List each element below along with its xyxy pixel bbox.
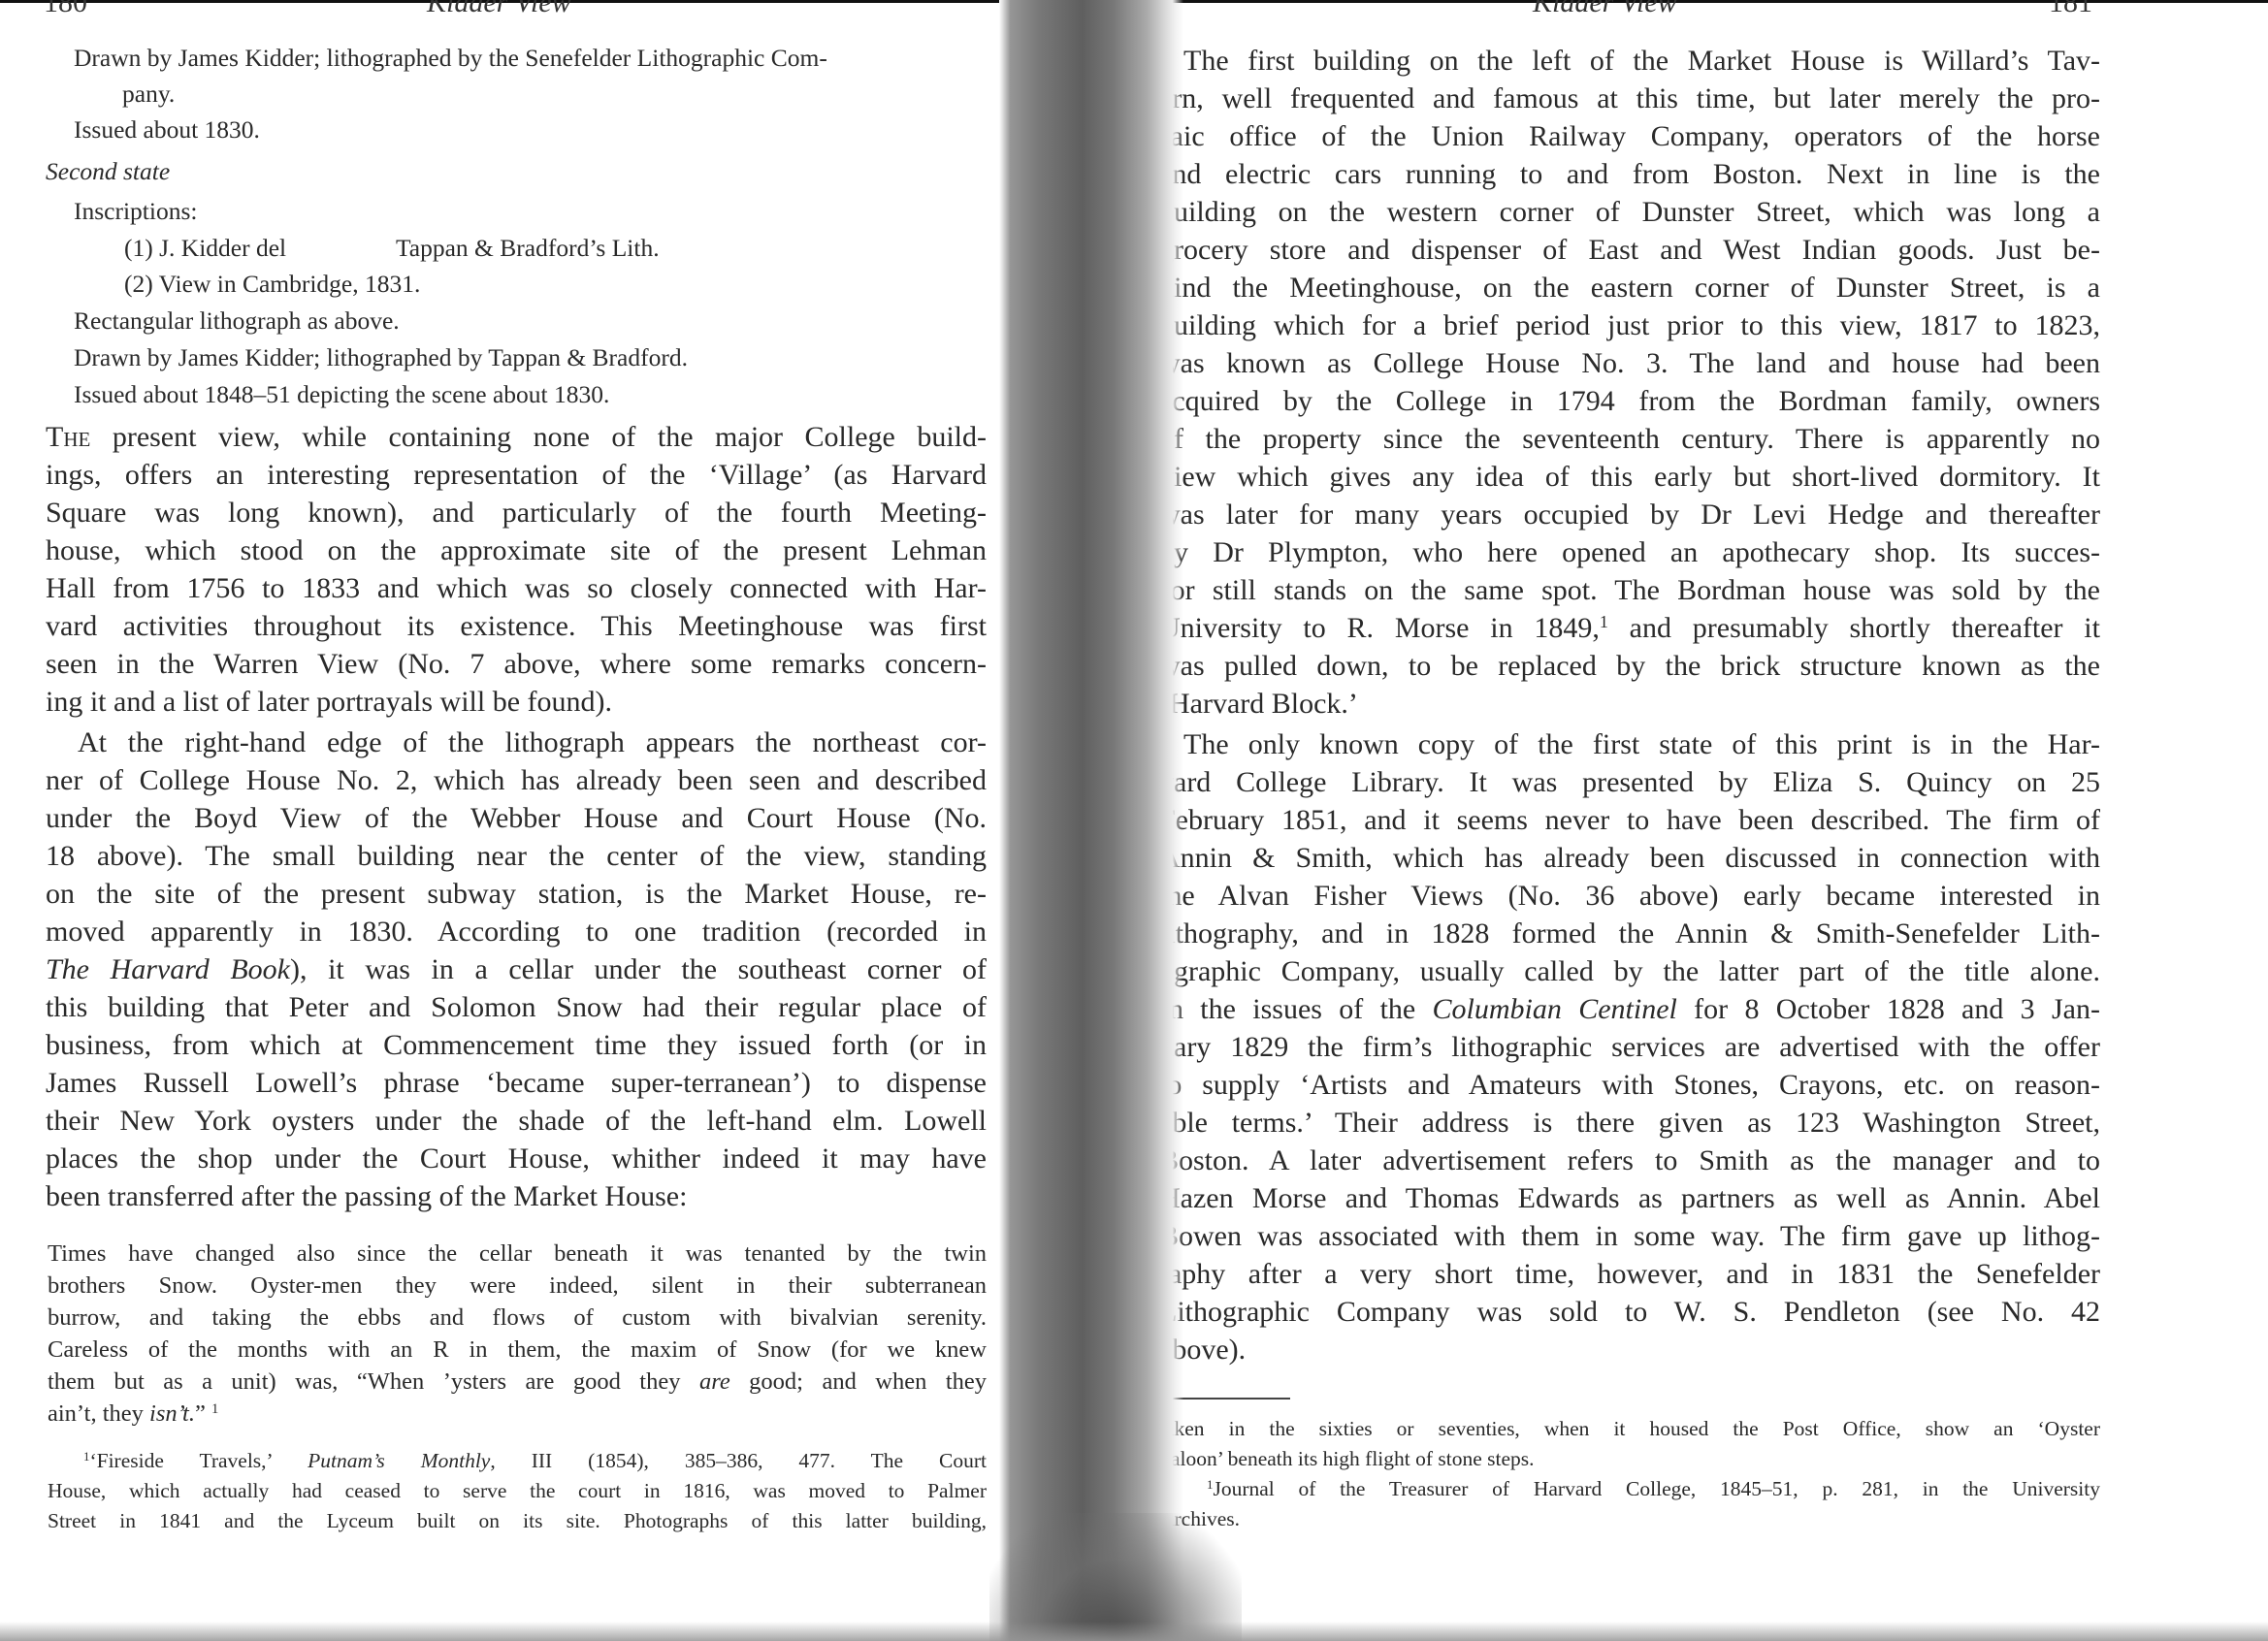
- body-line: ner of College House No. 2, which has al…: [46, 766, 987, 795]
- body-line: Annin & Smith, which has already been di…: [1159, 844, 2100, 873]
- quote-line: Times have changed also since the cellar…: [48, 1242, 987, 1267]
- journal-title: Putnam’s Monthly: [308, 1449, 490, 1472]
- body-line: vard activities throughout its existence…: [46, 612, 987, 641]
- body-line: seen in the Warren View (No. 7 above, wh…: [46, 650, 987, 679]
- quote-text: ”: [195, 1400, 206, 1427]
- body-line: grocery store and dispenser of East and …: [1159, 236, 2100, 265]
- inscription-item: (2) View in Cambridge, 1831.: [124, 272, 420, 297]
- body-line: In the issues of the Columbian Centinel …: [1159, 995, 2100, 1024]
- catalogue-line: pany.: [122, 81, 175, 107]
- body-line: by Dr Plympton, who here opened an apoth…: [1159, 538, 2100, 567]
- body-line: raphy after a very short time, however, …: [1159, 1260, 2100, 1289]
- body-text: ), it was in a cellar under the southeas…: [290, 953, 987, 985]
- footnote-line: 1Journal of the Treasurer of Harvard Col…: [1207, 1479, 2100, 1500]
- inscription-item: (1) J. Kidder del: [124, 236, 286, 261]
- inscriptions-label: Inscriptions:: [74, 199, 198, 224]
- quote-text: them but as a unit) was, “When ’ysters a…: [48, 1368, 699, 1395]
- body-line: acquired by the College in 1794 from the…: [1159, 387, 2100, 416]
- dropcap-word: The: [46, 421, 90, 453]
- catalogue-line: Rectangular lithograph as above.: [74, 308, 400, 334]
- running-head-title: Kidder View: [427, 0, 571, 19]
- body-line: The first building on the left of the Ma…: [1183, 47, 2100, 76]
- body-line: ‘Harvard Block.’: [1159, 690, 1358, 719]
- quote-line: Careless of the months with an R in them…: [48, 1338, 987, 1363]
- body-text: for 8 October 1828 and 3 Jan-: [1677, 993, 2100, 1025]
- footnote-line: House, which actually had ceased to serv…: [48, 1481, 987, 1502]
- footnote-ref[interactable]: 1: [211, 1401, 218, 1417]
- book-gutter-shadow: [999, 0, 1183, 1641]
- quote-emphasis: isn’t.: [149, 1400, 195, 1427]
- body-line: business, from which at Commencement tim…: [46, 1031, 987, 1060]
- inscription-marker: (1): [124, 234, 153, 262]
- body-line: on the site of the present subway statio…: [46, 880, 987, 909]
- body-line: Hall from 1756 to 1833 and which was so …: [46, 574, 987, 603]
- footnote-text: , III (1854), 385–386, 477. The Court: [490, 1449, 987, 1472]
- catalogue-line: Issued about 1830.: [74, 117, 260, 143]
- catalogue-line: Issued about 1848–51 depicting the scene…: [74, 382, 609, 407]
- body-line: been transferred after the passing of th…: [46, 1182, 687, 1211]
- body-line: was later for many years occupied by Dr …: [1159, 500, 2100, 530]
- footnote-line: Saloon’ beneath its high flight of stone…: [1159, 1449, 1535, 1470]
- body-line: Boston. A later advertisement refers to …: [1159, 1146, 2100, 1175]
- body-line: uary 1829 the firm’s lithographic servic…: [1159, 1033, 2100, 1062]
- page-number: 181: [2049, 0, 2092, 19]
- body-line: ings, offers an interesting representati…: [46, 461, 987, 490]
- body-line: places the shop under the Court House, w…: [46, 1144, 987, 1174]
- footnote-line: 1‘Fireside Travels,’ Putnam’s Monthly, I…: [83, 1451, 987, 1472]
- body-line: ing it and a list of later portrayals wi…: [46, 688, 612, 717]
- body-line: lithography, and in 1828 formed the Anni…: [1159, 919, 2100, 949]
- body-line: sor still stands on the same spot. The B…: [1159, 576, 2100, 605]
- quote-line: burrow, and taking the ebbs and flows of…: [48, 1306, 987, 1331]
- body-line: At the right-hand edge of the lithograph…: [78, 728, 987, 757]
- body-line: Hazen Morse and Thomas Edwards as partne…: [1159, 1184, 2100, 1213]
- page-number: 180: [44, 0, 87, 19]
- body-line: the Alvan Fisher Views (No. 36 above) ea…: [1159, 882, 2100, 911]
- body-line: hind the Meetinghouse, on the eastern co…: [1159, 273, 2100, 303]
- quote-emphasis: are: [699, 1368, 730, 1395]
- quote-text: good; and when they: [730, 1368, 987, 1395]
- body-line: their New York oysters under the shade o…: [46, 1107, 987, 1136]
- body-line: 18 above). The small building near the c…: [46, 842, 987, 871]
- body-line: University to R. Morse in 1849,1 and pre…: [1159, 614, 2100, 643]
- body-text: In the issues of the: [1159, 993, 1433, 1025]
- body-line: of the property since the seventeenth ce…: [1159, 425, 2100, 454]
- body-line: to supply ‘Artists and Amateurs with Sto…: [1159, 1071, 2100, 1100]
- quote-line: ain’t, they isn’t.” 1: [48, 1402, 218, 1427]
- newspaper-title: Columbian Centinel: [1433, 993, 1677, 1025]
- footnote-ref[interactable]: 1: [1600, 612, 1608, 631]
- body-line: saic office of the Union Railway Company…: [1159, 122, 2100, 151]
- catalogue-line: Drawn by James Kidder; lithographed by t…: [74, 46, 827, 71]
- body-line: Lithographic Company was sold to W. S. P…: [1159, 1298, 2100, 1327]
- left-page: 180 Kidder View Drawn by James Kidder; l…: [0, 0, 999, 1641]
- body-text: University to R. Morse in 1849,: [1159, 612, 1600, 644]
- body-line: ographic Company, usually called by the …: [1159, 957, 2100, 986]
- quote-text: ain’t, they: [48, 1400, 149, 1427]
- quote-line: them but as a unit) was, “When ’ysters a…: [48, 1370, 987, 1395]
- inscription-text-2: Tappan & Bradford’s Lith.: [396, 236, 660, 261]
- body-text: present view, while containing none of t…: [90, 421, 987, 453]
- body-line: ern, well frequented and famous at this …: [1159, 84, 2100, 113]
- scan-bottom-edge: [0, 1622, 2268, 1641]
- body-line: building which for a brief period just p…: [1159, 311, 2100, 340]
- body-line: The present view, while containing none …: [46, 423, 987, 452]
- body-line: The Harvard Book), it was in a cellar un…: [46, 955, 987, 984]
- body-line: and electric cars running to and from Bo…: [1159, 160, 2100, 189]
- inscription-text: View in Cambridge, 1831.: [159, 270, 421, 298]
- inscription-text: J. Kidder del: [159, 234, 286, 262]
- inscription-marker: (2): [124, 270, 153, 298]
- body-line: February 1851, and it seems never to hav…: [1159, 806, 2100, 835]
- book-title: The Harvard Book: [46, 953, 290, 985]
- body-line: this building that Peter and Solomon Sno…: [46, 993, 987, 1022]
- body-line: vard College Library. It was presented b…: [1159, 768, 2100, 797]
- body-line: able terms.’ Their address is there give…: [1159, 1109, 2100, 1138]
- body-text: and presumably shortly thereafter it: [1608, 612, 2100, 644]
- body-line: under the Boyd View of the Webber House …: [46, 804, 987, 833]
- running-head-title: Kidder View: [1533, 0, 1677, 19]
- footnote-line: Street in 1841 and the Lyceum built on i…: [48, 1511, 987, 1532]
- body-line: moved apparently in 1830. According to o…: [46, 917, 987, 947]
- body-line: was known as College House No. 3. The la…: [1159, 349, 2100, 378]
- body-line: James Russell Lowell’s phrase ‘became su…: [46, 1069, 987, 1098]
- body-line: Bowen was associated with them in some w…: [1159, 1222, 2100, 1251]
- footnote-text: ‘Fireside Travels,’: [89, 1449, 308, 1472]
- body-line: The only known copy of the first state o…: [1183, 730, 2100, 759]
- body-line: house, which stood on the approximate si…: [46, 536, 987, 565]
- catalogue-line: Drawn by James Kidder; lithographed by T…: [74, 345, 688, 370]
- right-page: Kidder View 181 The first building on th…: [1164, 0, 2134, 1641]
- body-line: view which gives any idea of this early …: [1159, 463, 2100, 492]
- body-line: Square was long known), and particularly…: [46, 499, 987, 528]
- body-line: building on the western corner of Dunste…: [1159, 198, 2100, 227]
- footnote-line: taken in the sixties or seventies, when …: [1159, 1419, 2100, 1440]
- quote-line: brothers Snow. Oyster-men they were inde…: [48, 1274, 987, 1299]
- state-heading: Second state: [46, 159, 170, 184]
- body-line: was pulled down, to be replaced by the b…: [1159, 652, 2100, 681]
- footnote-text: Journal of the Treasurer of Harvard Coll…: [1213, 1477, 2100, 1500]
